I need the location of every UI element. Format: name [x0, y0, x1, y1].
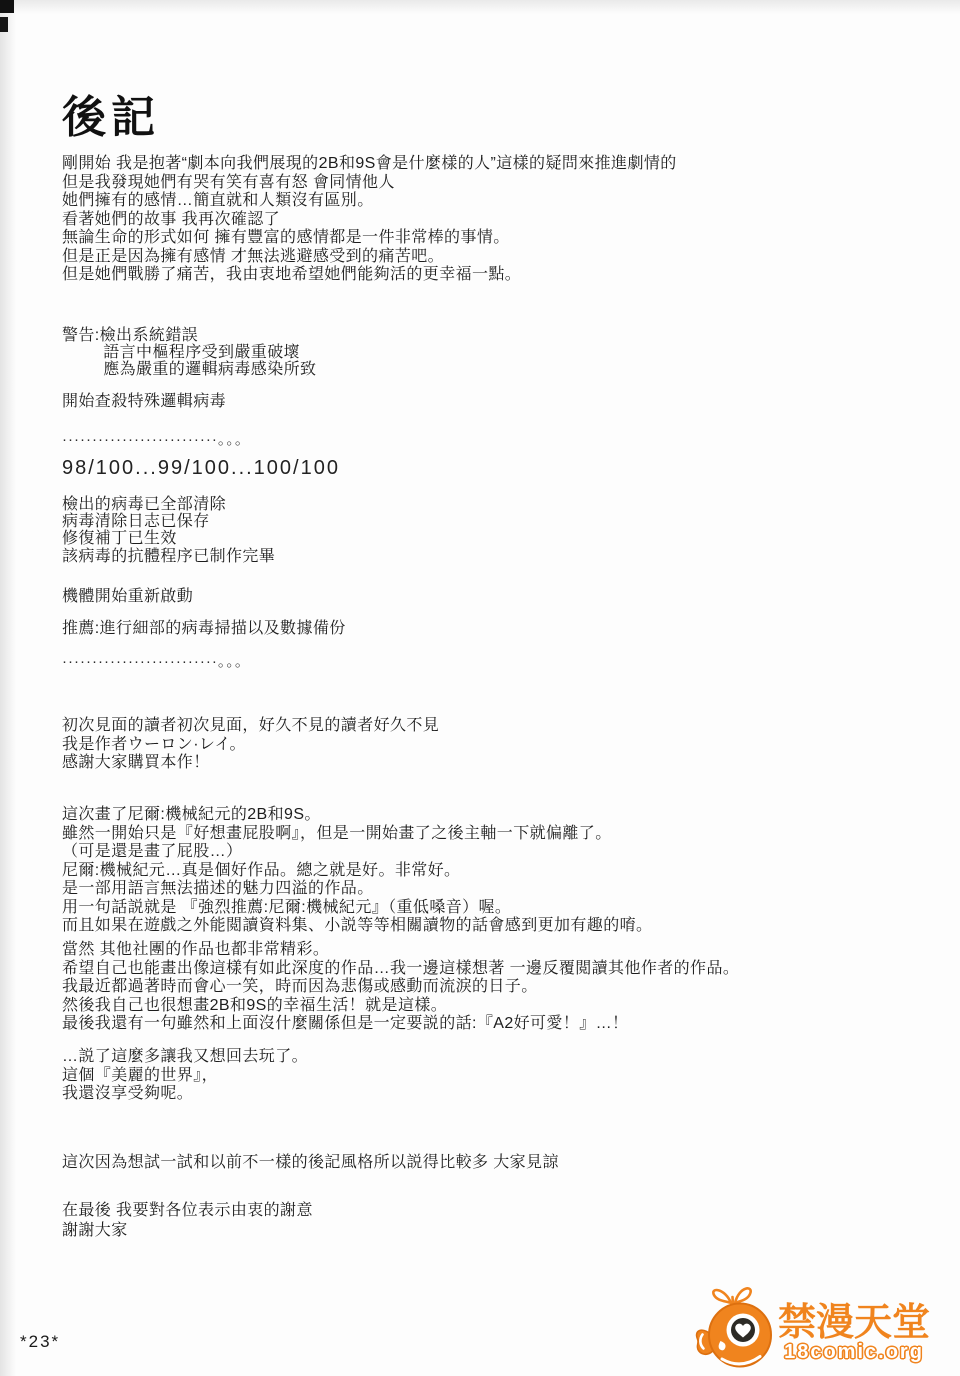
line-scan-start: 開始查殺特殊邏輯病毒	[62, 393, 226, 412]
scan-artifact-mark	[0, 17, 8, 32]
page-number: *23*	[20, 1332, 60, 1352]
paragraph-return-to-game: …説了這麼多讓我又想回去玩了。 這個『美麗的世界』， 我還沒享受夠呢。	[62, 1048, 308, 1104]
paragraph-other-circles: 當然 其他社團的作品也都非常精彩。 希望自己也能畫出像這樣有如此深度的作品…我一…	[62, 941, 739, 1034]
whale-mascot-icon	[694, 1282, 774, 1375]
afterword-page: 後記 剛開始 我是抱著“劇本向我們展現的2B和9S會是什麼樣的人”這樣的疑問來推…	[0, 0, 960, 1376]
line-style-note: 這次因為想試一試和以前不一樣的後記風格所以説得比較多 大家見諒	[62, 1154, 559, 1173]
line-recommendation: 推薦:進行細部的病毒掃描以及數據備份	[62, 620, 346, 639]
line-reboot: 機體開始重新啟動	[62, 588, 193, 607]
watermark-site-url: 18comic.org	[778, 1342, 930, 1362]
scan-edge-shadow-top	[0, 0, 960, 14]
scan-artifact-mark	[0, 0, 14, 13]
paragraph-intro: 剛開始 我是抱著“劇本向我們展現的2B和9S會是什麼樣的人”這樣的疑問來推進劇情…	[62, 155, 677, 285]
watermark: 禁漫天堂 18comic.org	[694, 1282, 930, 1375]
paragraph-system-warning: 警告:檢出系統錯誤 語言中樞程序受到嚴重破壞 應為嚴重的邏輯病毒感染所致	[62, 327, 316, 379]
paragraph-about-work: 這次畫了尼爾:機械紀元的2B和9S。 雖然一開始只是『好想畫屁股啊』，但是一開始…	[62, 806, 652, 936]
paragraph-greeting: 初次見面的讀者初次見面，好久不見的讀者好久不見 我是作者ウーロン·レイ。 感謝大…	[62, 717, 439, 773]
paragraph-scan-result: 檢出的病毒已全部清除 病毒清除日志已保存 修復補丁已生效 該病毒的抗體程序已制作…	[62, 496, 275, 565]
progress-line: 98/100...99/100...100/100	[62, 459, 340, 478]
paragraph-thanks: 在最後 我要對各位表示由衷的謝意 謝謝大家	[62, 1201, 313, 1240]
dots-line: ··························。。。	[62, 431, 251, 450]
dots-line: ··························。。。	[62, 653, 251, 672]
scan-edge-shadow-left	[0, 0, 16, 1376]
page-title: 後記	[62, 81, 160, 145]
watermark-site-name: 禁漫天堂	[778, 1305, 930, 1341]
